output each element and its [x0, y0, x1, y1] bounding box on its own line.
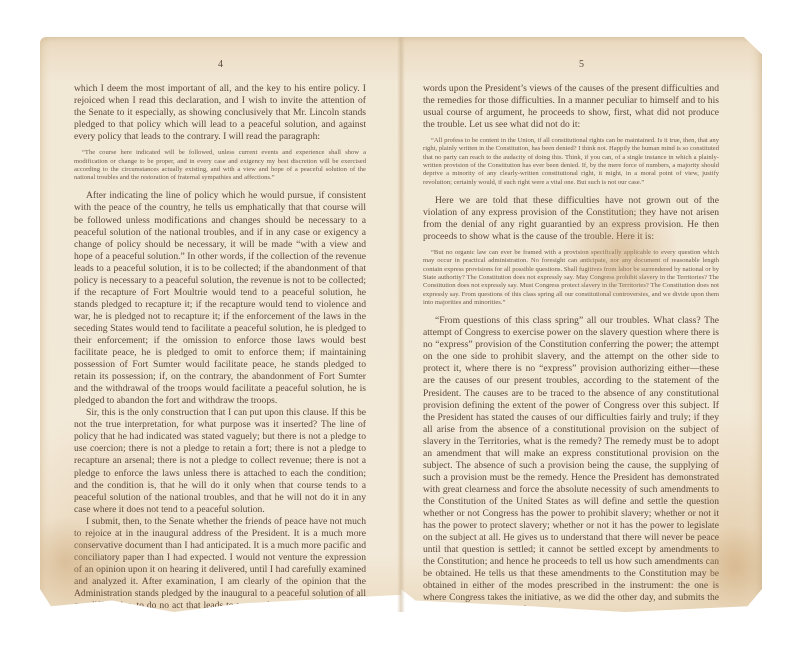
paragraph: words upon the President’s views of the …: [423, 83, 719, 131]
paragraph: Sir, this is the only construction that …: [74, 407, 366, 515]
page-gutter: [397, 37, 405, 612]
page-number-left: 4: [40, 59, 401, 70]
open-pamphlet-spread: 4 which I deem the most important of all…: [40, 37, 762, 612]
block-quote: “The course here indicated will be follo…: [74, 149, 366, 182]
page-number-right: 5: [401, 59, 762, 70]
paragraph: “From questions of this class spring” al…: [423, 315, 719, 616]
paragraph: I submit, then, to the Senate whether th…: [74, 516, 366, 624]
right-page-text: words upon the President’s views of the …: [423, 83, 719, 616]
left-page-text: which I deem the most important of all, …: [74, 83, 366, 636]
water-stain: [701, 517, 771, 617]
paragraph: So much, sir, for the policy of the Admi…: [74, 624, 366, 636]
paragraph: which I deem the most important of all, …: [74, 83, 366, 143]
water-stain: [30, 507, 100, 617]
water-stain: [551, 207, 691, 297]
paragraph: After indicating the line of policy whic…: [74, 190, 366, 407]
right-page: 5 words upon the President’s views of th…: [401, 37, 762, 612]
block-quote: “All profess to be content in the Union,…: [423, 137, 719, 187]
left-page: 4 which I deem the most important of all…: [40, 37, 401, 612]
